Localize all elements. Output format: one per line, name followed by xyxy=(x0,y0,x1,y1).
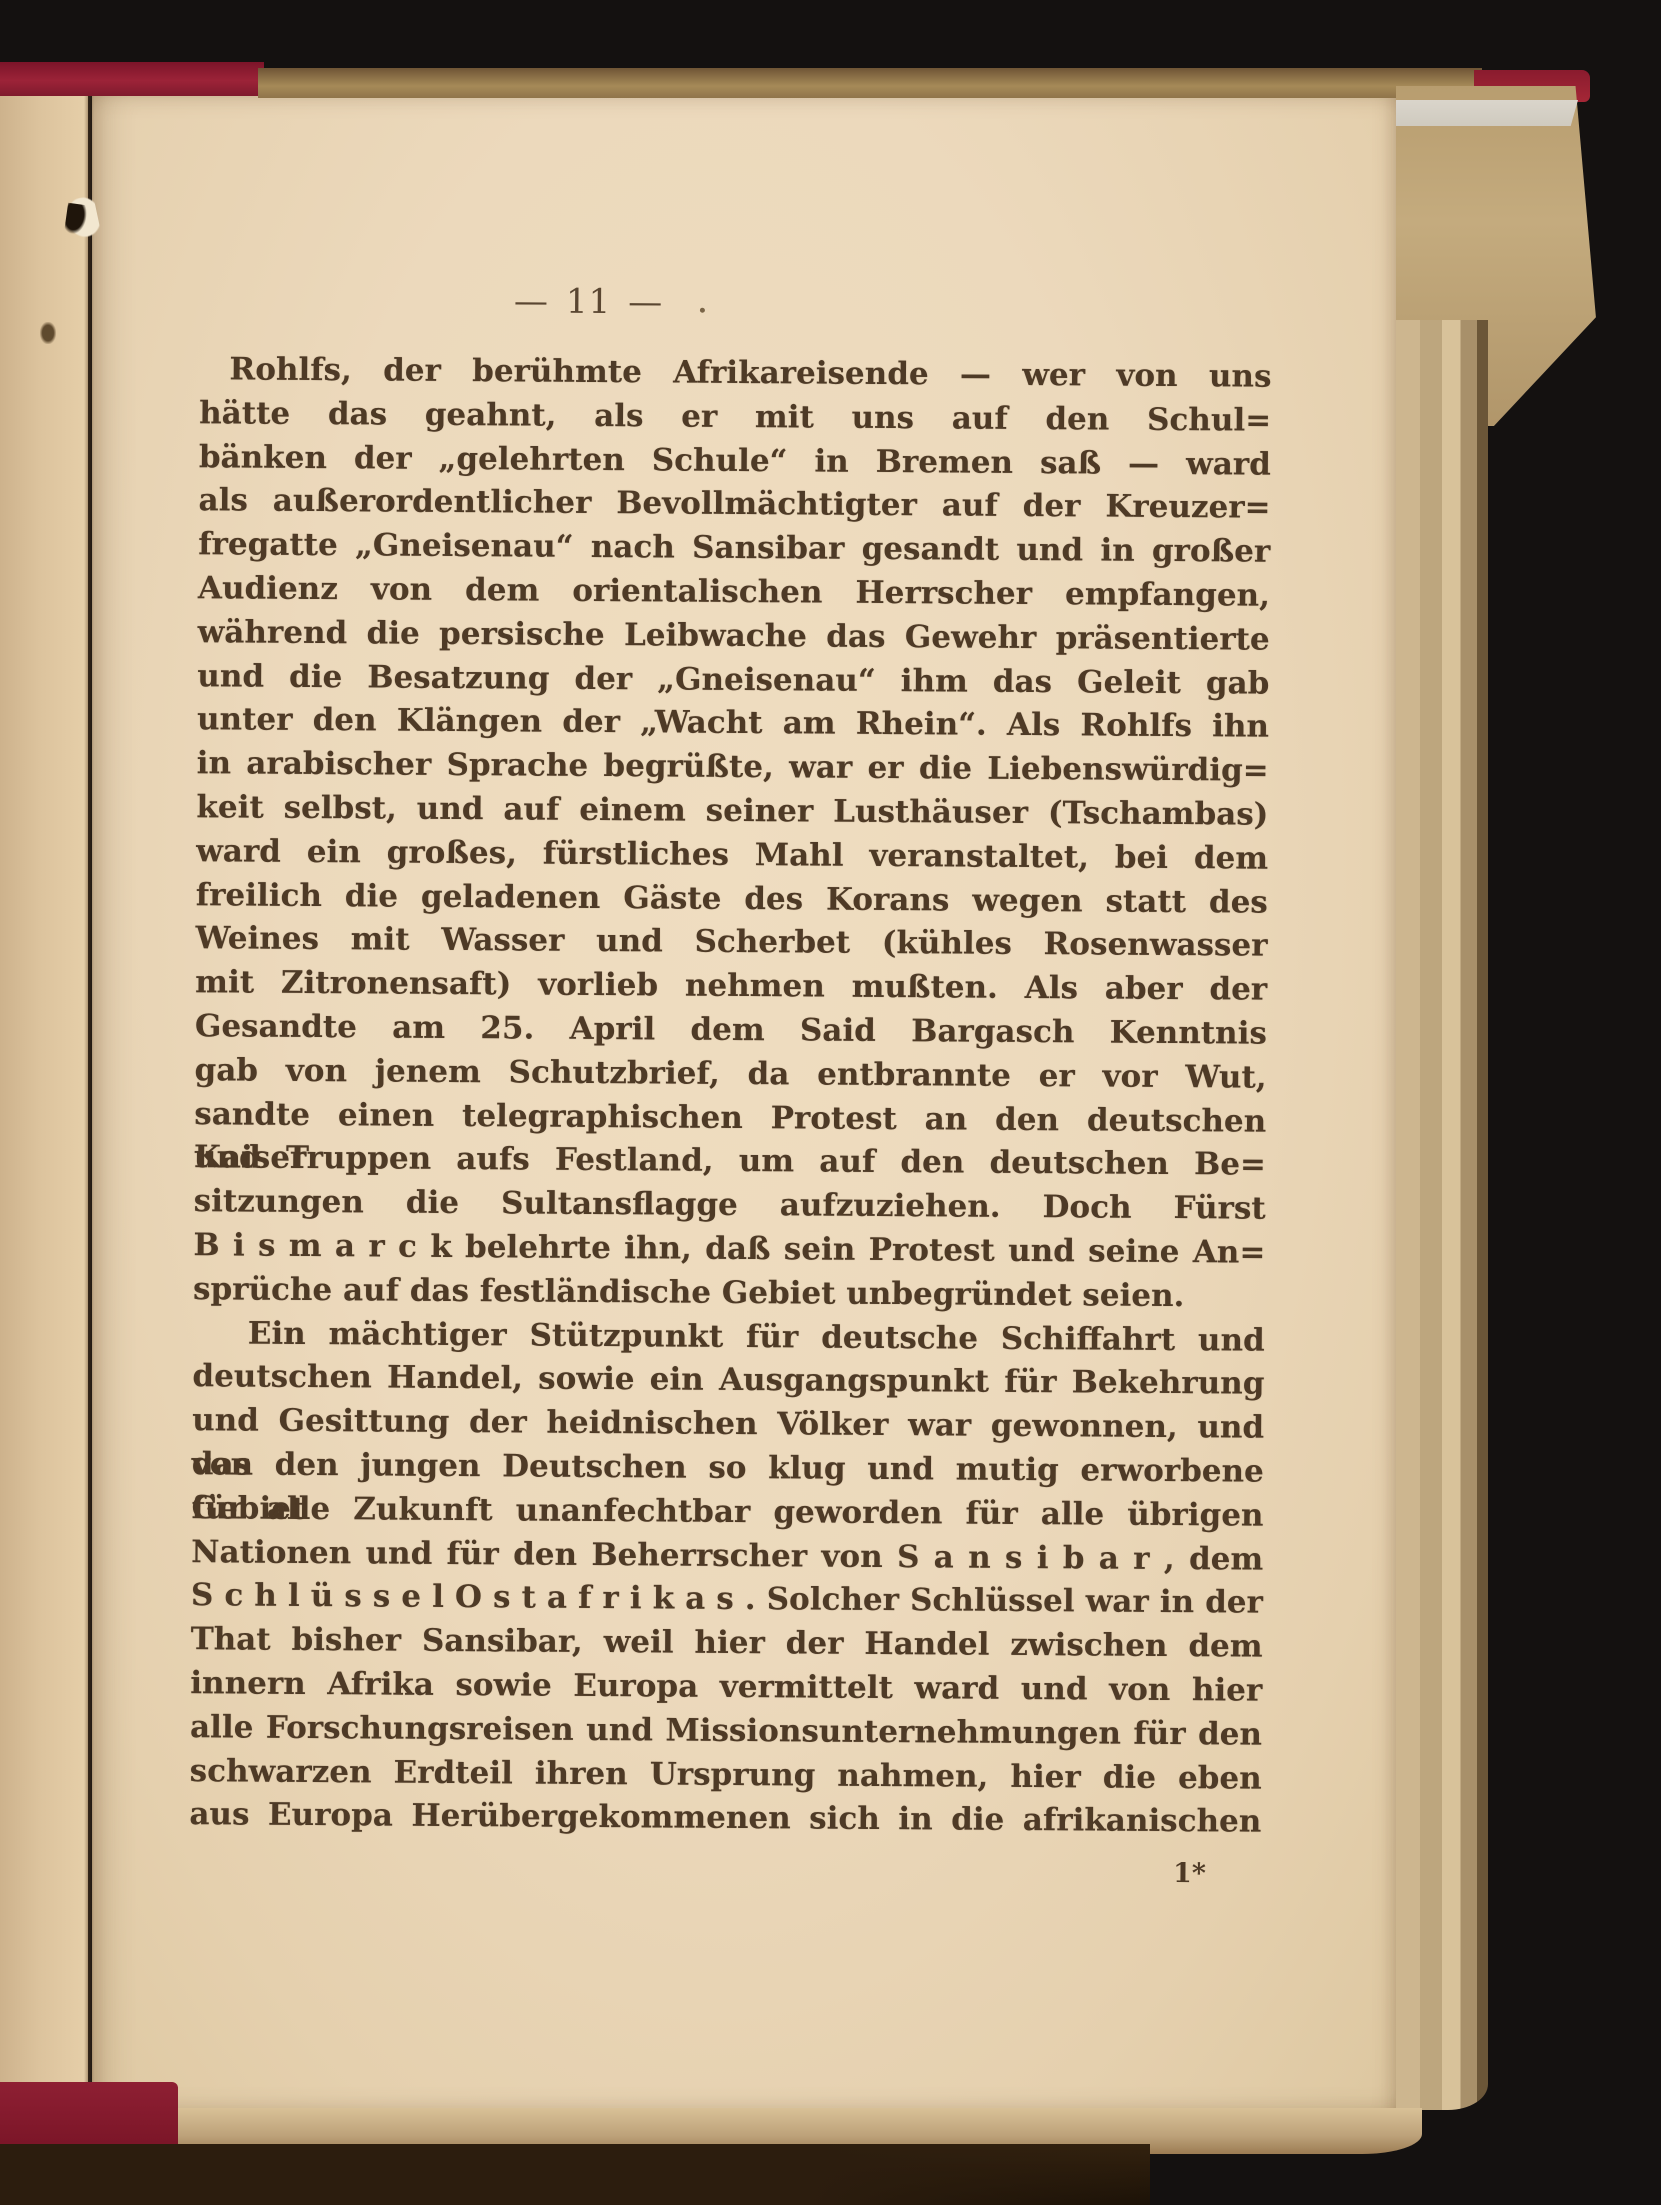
text-line: von den jungen Deutschen so klug und mut… xyxy=(192,1443,1264,1494)
text-line: Rohlfs, der berühmte Afrikareisende — we… xyxy=(199,348,1271,399)
signature-mark: 1* xyxy=(1173,1858,1206,1889)
page-number-dash-right: — xyxy=(628,282,663,322)
scanned-book-photo: { "scan": { "typeface": "fraktur-blackle… xyxy=(0,0,1661,2205)
text-line: Ein mächtiger Stützpunkt für deutsche Sc… xyxy=(193,1312,1265,1363)
text-line: schwarzen Erdteil ihren Ursprung nahmen,… xyxy=(190,1750,1262,1801)
text-line: Audienz von dem orientalischen Herrscher… xyxy=(198,567,1270,618)
text-line: in arabischer Sprache begrüßte, war er d… xyxy=(197,742,1269,793)
paragraph: Ein mächtiger Stützpunkt für deutsche Sc… xyxy=(189,1312,1265,1845)
text-line: S c h l ü s s e l O s t a f r i k a s . … xyxy=(191,1574,1263,1625)
text-line: sandte einen telegraphischen Protest an … xyxy=(194,1093,1266,1144)
text-line: hätte das geahnt, als er mit uns auf den… xyxy=(199,392,1271,443)
paragraph: Rohlfs, der berühmte Afrikareisende — we… xyxy=(193,348,1272,1319)
text-line: während die persische Leibwache das Gewe… xyxy=(198,611,1270,662)
text-line: mit Zitronensaft) vorlieb nehmen mußten.… xyxy=(195,961,1267,1012)
text-line: und Gesittung der heidnischen Völker war… xyxy=(192,1399,1264,1450)
text-line: keit selbst, und auf einem seiner Lusthä… xyxy=(196,786,1268,837)
text-line: Weines mit Wasser und Scherbet (kühles R… xyxy=(195,918,1267,969)
text-line: B i s m a r c k belehrte ihn, daß sein P… xyxy=(193,1224,1265,1275)
printed-page-content: — 11 — Rohlfs, der berühmte Afrikareisen… xyxy=(0,0,1661,2205)
page-number: — 11 — xyxy=(514,281,664,322)
text-line: Gesandte am 25. April dem Said Bargasch … xyxy=(195,1005,1267,1056)
text-line: innern Afrika sowie Europa vermittelt wa… xyxy=(190,1662,1262,1713)
page-number-dash-left: — xyxy=(514,281,549,321)
text-line: Nationen und für den Beherrscher von S a… xyxy=(191,1531,1263,1582)
text-line: deutschen Handel, sowie ein Ausgangspunk… xyxy=(192,1356,1264,1407)
text-line: unter den Klängen der „Wacht am Rhein“. … xyxy=(197,699,1269,750)
text-line: alle Forschungsreisen und Missionsuntern… xyxy=(190,1706,1262,1757)
text-line: gab von jenem Schutzbrief, da entbrannte… xyxy=(194,1049,1266,1100)
text-line: bänken der „gelehrten Schule“ in Bremen … xyxy=(199,436,1271,487)
ink-fleck xyxy=(700,308,705,313)
text-line: als außerordentlicher Bevollmächtigter a… xyxy=(198,480,1270,531)
text-line: und Truppen aufs Festland, um auf den de… xyxy=(194,1137,1266,1188)
page-text: Rohlfs, der berühmte Afrikareisende — we… xyxy=(189,348,1271,1845)
page-number-value: 11 xyxy=(566,282,612,322)
text-line: aus Europa Herübergekommenen sich in die… xyxy=(189,1793,1261,1844)
text-line: That bisher Sansibar, weil hier der Hand… xyxy=(190,1618,1262,1669)
text-line: und die Besatzung der „Gneisenau“ ihm da… xyxy=(197,655,1269,706)
text-line: sprüche auf das festländische Gebiet unb… xyxy=(193,1268,1265,1319)
text-line: fregatte „Gneisenau“ nach Sansibar gesan… xyxy=(198,523,1270,574)
text-line: freilich die geladenen Gäste des Korans … xyxy=(196,874,1268,925)
text-line: ward ein großes, fürstliches Mahl verans… xyxy=(196,830,1268,881)
text-line: sitzungen die Sultansflagge aufzuziehen.… xyxy=(194,1180,1266,1231)
text-line: für alle Zukunft unanfechtbar geworden f… xyxy=(191,1487,1263,1538)
